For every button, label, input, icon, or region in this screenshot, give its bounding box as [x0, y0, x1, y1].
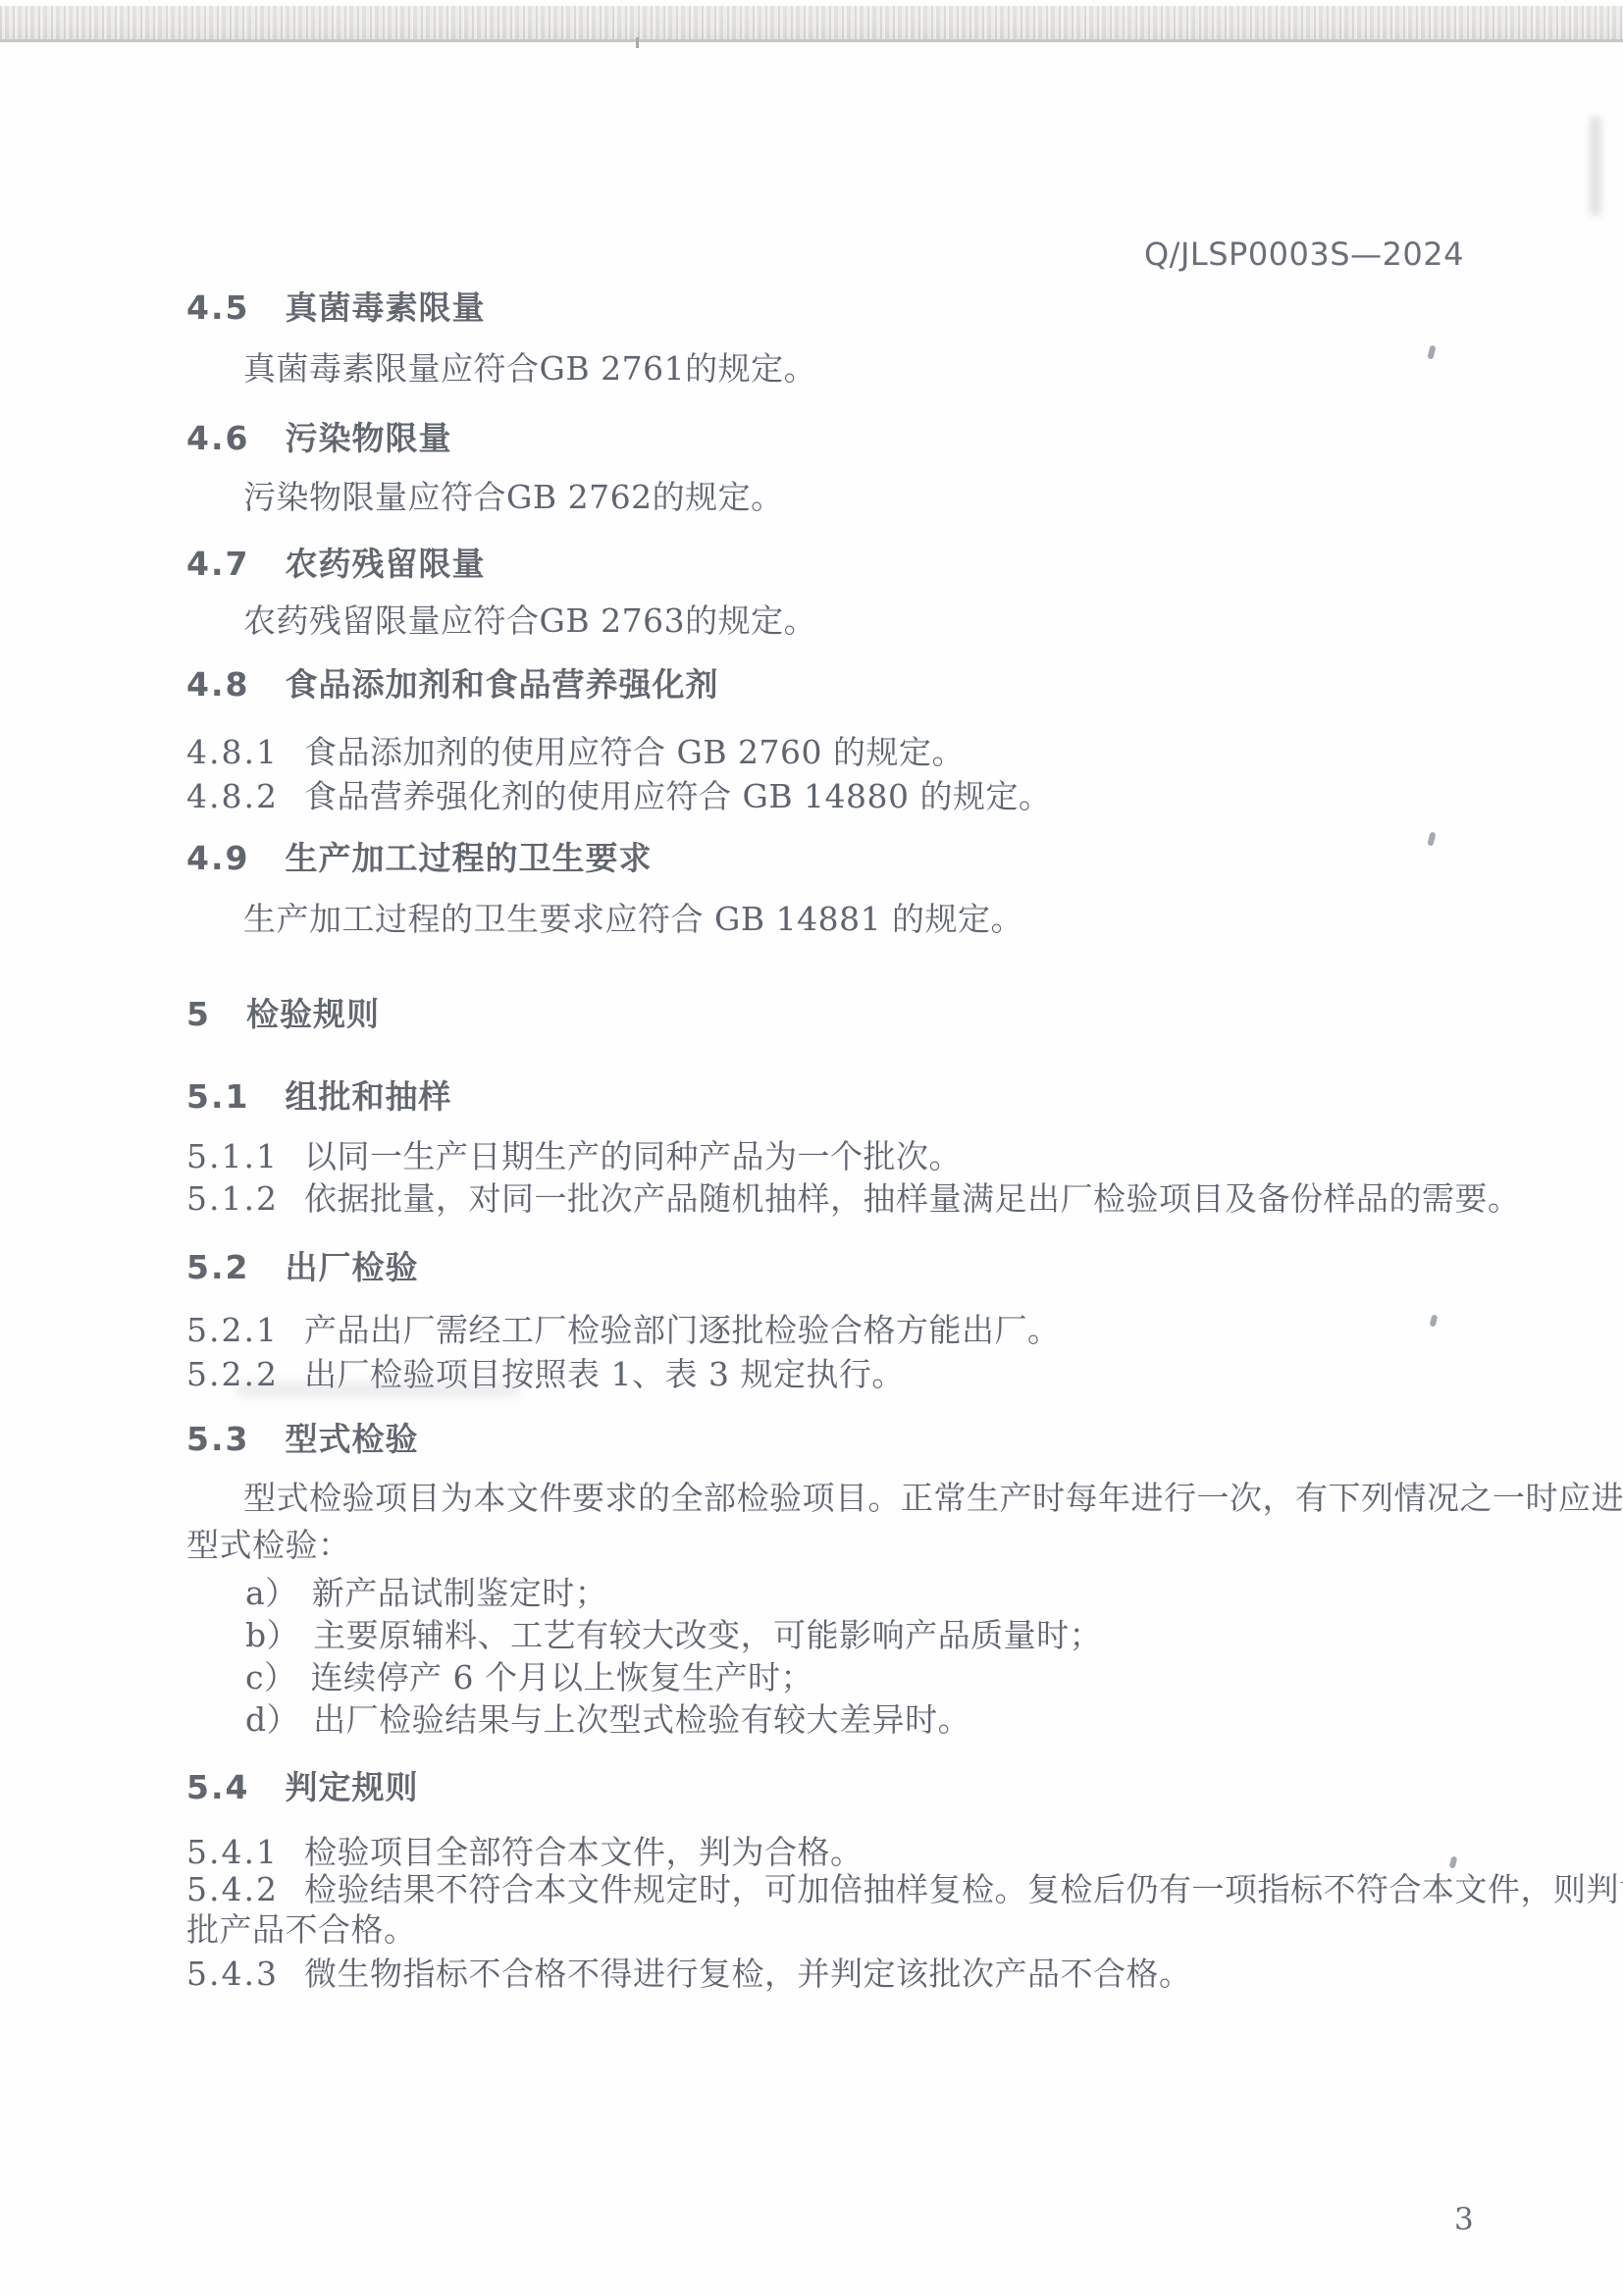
- list-item-d: d）出厂检验结果与上次型式检验有较大差异时。: [245, 1695, 970, 1741]
- section-heading-4-5: 4.5真菌毒素限量: [186, 283, 485, 329]
- paragraph-5-3-line2: 型式检验：: [186, 1520, 351, 1566]
- clause-5-4-2-line1: 5.4.2检验结果不符合本文件规定时，可加倍抽样复检。复检后仍有一项指标不符合本…: [186, 1864, 1623, 1910]
- paragraph-4-6: 污染物限量应符合GB 2762的规定。: [243, 472, 784, 518]
- paragraph-4-9: 生产加工过程的卫生要求应符合 GB 14881 的规定。: [243, 894, 1023, 940]
- section-number: 5.3: [186, 1420, 249, 1458]
- section-title: 检验规则: [246, 995, 380, 1033]
- clause-text: 产品出厂需经工厂检验部门逐批检验合格方能出厂。: [304, 1311, 1061, 1349]
- clause-4-8-1: 4.8.1食品添加剂的使用应符合 GB 2760 的规定。: [186, 727, 965, 773]
- section-title: 生产加工过程的卫生要求: [285, 839, 652, 877]
- list-text: 出厂检验结果与上次型式检验有较大差异时。: [313, 1700, 970, 1739]
- scan-speck-2: [1427, 831, 1436, 846]
- scan-smudge-right-edge: [1590, 116, 1601, 216]
- clause-text: 依据批量，对同一批次产品随机抽样，抽样量满足出厂检验项目及备份样品的需要。: [304, 1179, 1521, 1218]
- list-item-a: a）新产品试制鉴定时；: [245, 1568, 607, 1614]
- section-title: 真菌毒素限量: [285, 288, 485, 327]
- scan-speck-1: [1427, 344, 1436, 359]
- clause-text: 食品营养强化剂的使用应符合 GB 14880 的规定。: [304, 777, 1052, 815]
- clause-4-8-2: 4.8.2食品营养强化剂的使用应符合 GB 14880 的规定。: [186, 771, 1052, 817]
- clause-text: 食品添加剂的使用应符合 GB 2760 的规定。: [304, 733, 965, 771]
- clause-number: 4.8.2: [186, 777, 279, 815]
- section-heading-4-6: 4.6污染物限量: [186, 413, 451, 459]
- section-title: 判定规则: [285, 1768, 418, 1806]
- section-heading-4-8: 4.8食品添加剂和食品营养强化剂: [186, 659, 718, 705]
- section-number: 4.7: [186, 545, 249, 583]
- section-heading-5-4: 5.4判定规则: [186, 1762, 418, 1808]
- list-text: 连续停产 6 个月以上恢复生产时；: [310, 1658, 812, 1696]
- scan-noise-band: [0, 6, 1623, 42]
- section-title: 组批和抽样: [285, 1077, 451, 1116]
- section-heading-5-2: 5.2出厂检验: [186, 1242, 418, 1288]
- list-marker: b）: [245, 1610, 299, 1656]
- clause-5-1-1: 5.1.1以同一生产日期生产的同种产品为一个批次。: [186, 1131, 962, 1177]
- paragraph-4-7: 农药残留限量应符合GB 2763的规定。: [243, 596, 816, 642]
- section-number: 5: [186, 995, 211, 1033]
- section-number: 4.5: [186, 288, 249, 327]
- clause-number: 5.1.1: [186, 1137, 279, 1175]
- section-number: 4.6: [186, 419, 249, 457]
- clause-text: 微生物指标不合格不得进行复检，并判定该批次产品不合格。: [304, 1955, 1192, 1993]
- section-heading-5-1: 5.1组批和抽样: [186, 1071, 451, 1118]
- section-heading-4-7: 4.7农药残留限量: [186, 539, 485, 585]
- list-text: 新产品试制鉴定时；: [312, 1574, 608, 1612]
- list-marker: c）: [245, 1652, 296, 1698]
- scan-speck-3: [1430, 1314, 1439, 1327]
- clause-number: 5.1.2: [186, 1179, 279, 1218]
- section-number: 5.4: [186, 1768, 249, 1806]
- paragraph-5-3-line1: 型式检验项目为本文件要求的全部检验项目。正常生产时每年进行一次，有下列情况之一时…: [243, 1473, 1623, 1519]
- section-number: 5.1: [186, 1077, 249, 1116]
- section-number: 4.8: [186, 665, 249, 704]
- clause-5-4-2-line2: 批产品不合格。: [186, 1905, 417, 1951]
- clause-5-2-2: 5.2.2出厂检验项目按照表 1、表 3 规定执行。: [186, 1349, 905, 1395]
- clause-5-2-1: 5.2.1产品出厂需经工厂检验部门逐批检验合格方能出厂。: [186, 1305, 1060, 1351]
- section-number: 4.9: [186, 839, 249, 877]
- scan-tick-mark: [636, 37, 639, 48]
- list-item-c: c）连续停产 6 个月以上恢复生产时；: [245, 1652, 813, 1698]
- clause-5-1-2: 5.1.2依据批量，对同一批次产品随机抽样，抽样量满足出厂检验项目及备份样品的需…: [186, 1174, 1520, 1220]
- clause-number: 5.4.3: [186, 1955, 279, 1993]
- list-item-b: b）主要原辅料、工艺有较大改变，可能影响产品质量时；: [245, 1610, 1102, 1656]
- section-title: 型式检验: [285, 1420, 418, 1458]
- section-heading-5: 5检验规则: [186, 989, 380, 1035]
- list-marker: d）: [245, 1695, 299, 1741]
- clause-number: 5.2.2: [186, 1355, 279, 1393]
- section-title: 农药残留限量: [285, 545, 485, 583]
- paragraph-4-5: 真菌毒素限量应符合GB 2761的规定。: [243, 343, 816, 390]
- page-number: 3: [1454, 2202, 1474, 2237]
- document-page: Q/JLSP0003S—2024 4.5真菌毒素限量 真菌毒素限量应符合GB 2…: [0, 0, 1623, 2296]
- section-heading-5-3: 5.3型式检验: [186, 1414, 418, 1460]
- section-title: 污染物限量: [285, 419, 451, 457]
- clause-text: 出厂检验项目按照表 1、表 3 规定执行。: [304, 1355, 905, 1393]
- clause-number: 5.4.2: [186, 1870, 279, 1908]
- section-heading-4-9: 4.9生产加工过程的卫生要求: [186, 833, 652, 879]
- section-title: 食品添加剂和食品营养强化剂: [285, 665, 718, 704]
- section-title: 出厂检验: [285, 1248, 418, 1286]
- list-text: 主要原辅料、工艺有较大改变，可能影响产品质量时；: [313, 1616, 1102, 1654]
- clause-text: 检验结果不符合本文件规定时，可加倍抽样复检。复检后仍有一项指标不符合本文件，则判…: [304, 1870, 1623, 1908]
- clause-number: 4.8.1: [186, 733, 279, 771]
- clause-text: 以同一生产日期生产的同种产品为一个批次。: [304, 1137, 962, 1175]
- clause-5-4-3: 5.4.3微生物指标不合格不得进行复检，并判定该批次产品不合格。: [186, 1949, 1191, 1995]
- list-marker: a）: [245, 1568, 298, 1614]
- clause-number: 5.2.1: [186, 1311, 279, 1349]
- document-code: Q/JLSP0003S—2024: [1144, 235, 1464, 273]
- section-number: 5.2: [186, 1248, 249, 1286]
